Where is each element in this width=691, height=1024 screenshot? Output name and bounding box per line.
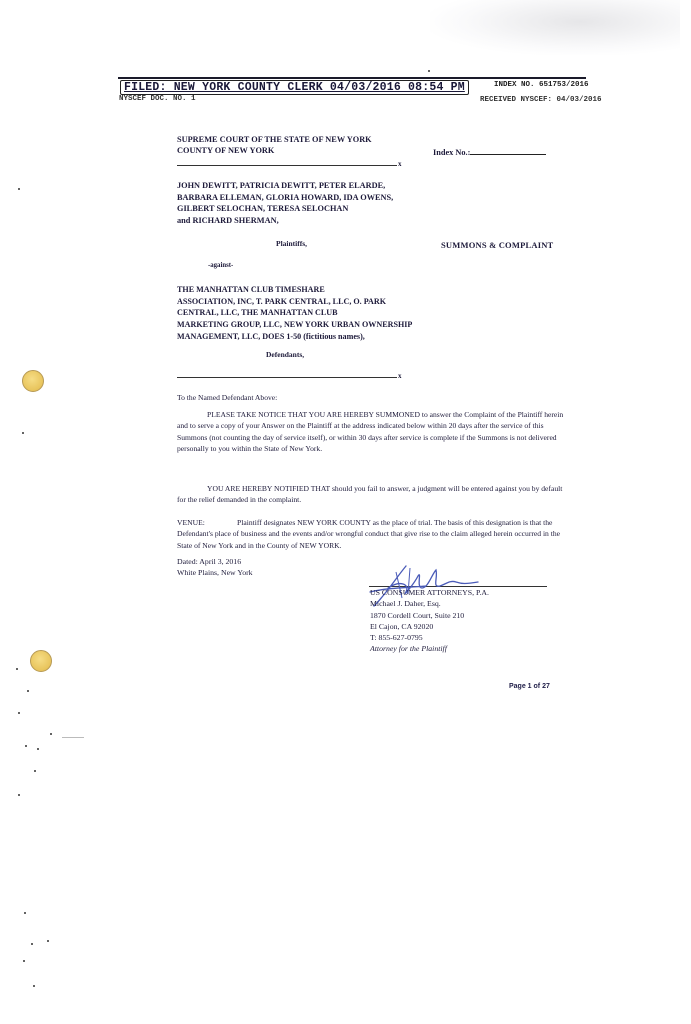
hole-punch-icon xyxy=(22,370,44,392)
caption-x-mark: x xyxy=(398,372,402,380)
court-line-2: COUNTY OF NEW YORK xyxy=(177,145,372,156)
summons-text: PLEASE TAKE NOTICE THAT YOU ARE HEREBY S… xyxy=(177,410,563,453)
defendants-line: ASSOCIATION, INC, T. PARK CENTRAL, LLC, … xyxy=(177,296,477,308)
filed-stamp: FILED: NEW YORK COUNTY CLERK 04/03/2016 … xyxy=(120,80,469,95)
defendants-label: Defendants, xyxy=(266,350,304,359)
scan-speck xyxy=(27,690,29,692)
scan-speck xyxy=(24,912,26,914)
firm-name: US CONSUMER ATTORNEYS, P.A. xyxy=(370,587,489,598)
document-page: FILED: NEW YORK COUNTY CLERK 04/03/2016 … xyxy=(0,0,691,1024)
plaintiffs-line: BARBARA ELLEMAN, GLORIA HOWARD, IDA OWEN… xyxy=(177,192,477,204)
dated-date: Dated: April 3, 2016 xyxy=(177,556,253,567)
scan-speck xyxy=(428,70,430,72)
scan-speck xyxy=(16,668,18,670)
defendants-line: CENTRAL, LLC, THE MANHATTAN CLUB xyxy=(177,307,477,319)
page-number: Page 1 of 27 xyxy=(509,683,550,690)
scan-speck xyxy=(25,745,27,747)
attorney-name: Michael J. Daher, Esq. xyxy=(370,598,489,609)
defendants-line: MARKETING GROUP, LLC, NEW YORK URBAN OWN… xyxy=(177,319,477,331)
phone: T: 855-627-0795 xyxy=(370,632,489,643)
attorney-role: Attorney for the Plaintiff xyxy=(370,643,489,654)
court-name: SUPREME COURT OF THE STATE OF NEW YORK C… xyxy=(177,134,372,156)
plaintiffs-list: JOHN DEWITT, PATRICIA DEWITT, PETER ELAR… xyxy=(177,180,477,227)
nyscef-doc-number: NYSCEF DOC. NO. 1 xyxy=(119,95,196,103)
header-rule xyxy=(118,77,586,79)
dated-place: White Plains, New York xyxy=(177,567,253,578)
plaintiffs-line: and RICHARD SHERMAN, xyxy=(177,215,477,227)
scan-speck xyxy=(37,748,39,750)
hole-punch-icon xyxy=(30,650,52,672)
scan-speck xyxy=(22,432,24,434)
plaintiffs-line: GILBERT SELOCHAN, TERESA SELOCHAN xyxy=(177,203,477,215)
plaintiffs-line: JOHN DEWITT, PATRICIA DEWITT, PETER ELAR… xyxy=(177,180,477,192)
defendants-list: THE MANHATTAN CLUB TIMESHARE ASSOCIATION… xyxy=(177,284,477,343)
against-label: -against- xyxy=(208,262,233,269)
scan-speck xyxy=(31,943,33,945)
scan-speck xyxy=(18,712,20,714)
index-field: Index No.: xyxy=(433,146,546,157)
salutation: To the Named Defendant Above: xyxy=(177,393,277,402)
attorney-block: US CONSUMER ATTORNEYS, P.A. Michael J. D… xyxy=(370,587,489,655)
scan-speck xyxy=(18,188,20,190)
court-line-1: SUPREME COURT OF THE STATE OF NEW YORK xyxy=(177,134,372,145)
scan-speck xyxy=(23,960,25,962)
scan-smudge xyxy=(430,0,680,55)
scan-speck xyxy=(34,770,36,772)
dated-block: Dated: April 3, 2016 White Plains, New Y… xyxy=(177,556,253,578)
index-number: INDEX NO. 651753/2016 xyxy=(494,81,589,89)
document-title: SUMMONS & COMPLAINT xyxy=(441,240,553,250)
index-label: Index No.: xyxy=(433,148,470,157)
received-date: RECEIVED NYSCEF: 04/03/2016 xyxy=(480,96,602,104)
address-line-2: El Cajon, CA 92020 xyxy=(370,621,489,632)
address-line-1: 1870 Cordell Court, Suite 210 xyxy=(370,610,489,621)
summons-paragraph: PLEASE TAKE NOTICE THAT YOU ARE HEREBY S… xyxy=(177,409,569,454)
caption-x-mark: x xyxy=(398,160,402,168)
scan-speck xyxy=(47,940,49,942)
venue-paragraph: VENUE:Plaintiff designates NEW YORK COUN… xyxy=(177,517,569,551)
caption-divider xyxy=(177,377,397,378)
scan-speck xyxy=(33,985,35,987)
scan-speck xyxy=(18,794,20,796)
plaintiffs-label: Plaintiffs, xyxy=(276,239,307,248)
default-notice-paragraph: YOU ARE HEREBY NOTIFIED THAT should you … xyxy=(177,483,569,506)
defendants-line: MANAGEMENT, LLC, DOES 1-50 (fictitious n… xyxy=(177,331,477,343)
scan-mark xyxy=(62,737,84,738)
default-notice-text: YOU ARE HEREBY NOTIFIED THAT should you … xyxy=(177,484,562,504)
index-blank xyxy=(470,146,546,155)
scan-speck xyxy=(50,733,52,735)
venue-label: VENUE: xyxy=(177,517,237,528)
caption-divider xyxy=(177,165,397,166)
defendants-line: THE MANHATTAN CLUB TIMESHARE xyxy=(177,284,477,296)
